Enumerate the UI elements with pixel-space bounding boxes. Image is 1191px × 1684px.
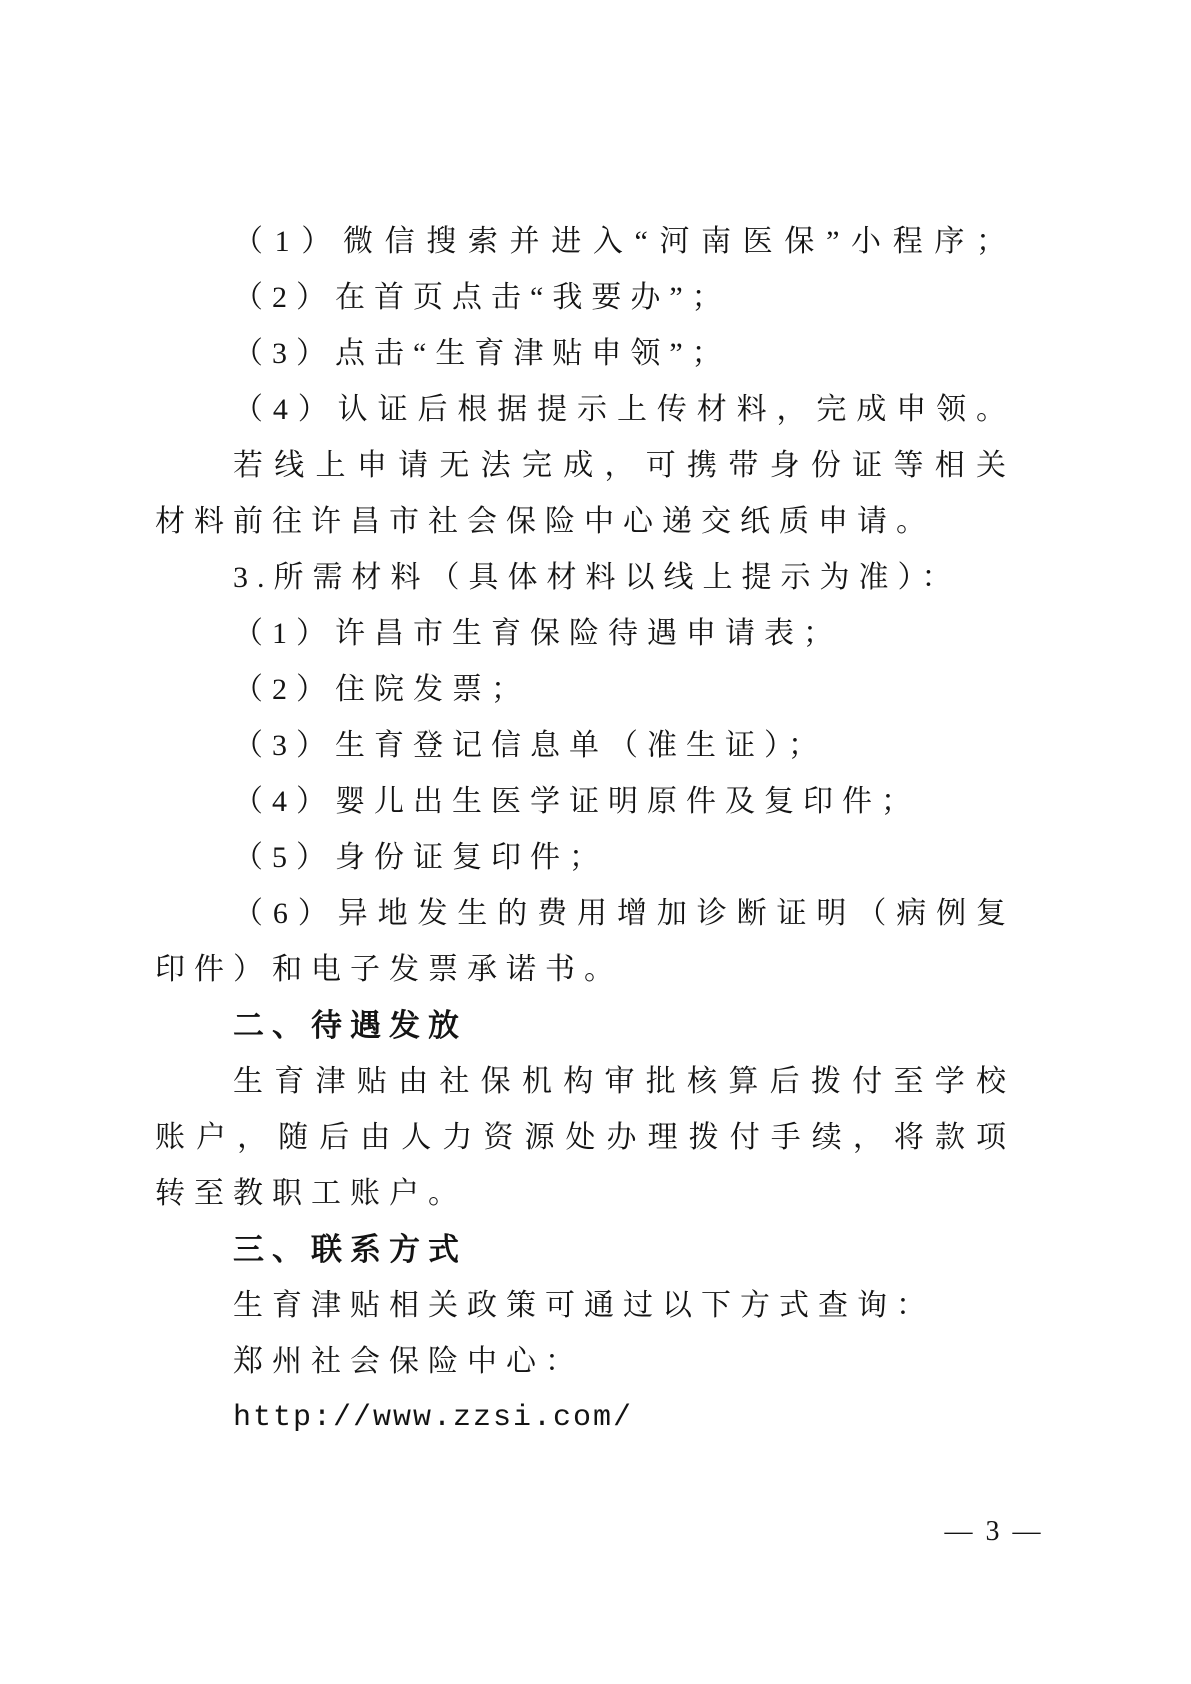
page-number: — 3 —	[894, 1512, 1094, 1552]
document-line: （3）生育登记信息单（准生证）；	[155, 718, 1015, 774]
document-line: （6）异地发生的费用增加诊断证明（病例复	[155, 886, 1015, 942]
document-line: （2）住院发票；	[155, 662, 1015, 718]
document-line: （1）许昌市生育保险待遇申请表；	[155, 606, 1015, 662]
document-page: （1）微信搜索并进入“河南医保”小程序； （2）在首页点击“我要办”； （3）点…	[0, 0, 1191, 1684]
url-line: http://www.zzsi.com/	[155, 1390, 1015, 1446]
document-line: 郑州社会保险中心：	[155, 1334, 1015, 1390]
heading-contact-info: 三、联系方式	[155, 1222, 1015, 1278]
document-line: （1）微信搜索并进入“河南医保”小程序；	[155, 214, 1015, 270]
document-line: 印件）和电子发票承诺书。	[155, 942, 1015, 998]
document-line: （3）点击“生育津贴申领”；	[155, 326, 1015, 382]
document-line: 账户，随后由人力资源处办理拨付手续，将款项	[155, 1110, 1015, 1166]
document-line: 转至教职工账户。	[155, 1166, 1015, 1222]
document-line: （4）认证后根据提示上传材料，完成申领。	[155, 382, 1015, 438]
heading-benefit-disbursement: 二、待遇发放	[155, 998, 1015, 1054]
document-line: 材料前往许昌市社会保险中心递交纸质申请。	[155, 494, 1015, 550]
document-line: 生育津贴由社保机构审批核算后拨付至学校	[155, 1054, 1015, 1110]
document-line: （2）在首页点击“我要办”；	[155, 270, 1015, 326]
document-body: （1）微信搜索并进入“河南医保”小程序； （2）在首页点击“我要办”； （3）点…	[155, 214, 1015, 1446]
document-line: 生育津贴相关政策可通过以下方式查询：	[155, 1278, 1015, 1334]
document-line: 若线上申请无法完成，可携带身份证等相关	[155, 438, 1015, 494]
document-line: （4）婴儿出生医学证明原件及复印件；	[155, 774, 1015, 830]
document-line: 3.所需材料（具体材料以线上提示为准）：	[155, 550, 1015, 606]
document-line: （5）身份证复印件；	[155, 830, 1015, 886]
